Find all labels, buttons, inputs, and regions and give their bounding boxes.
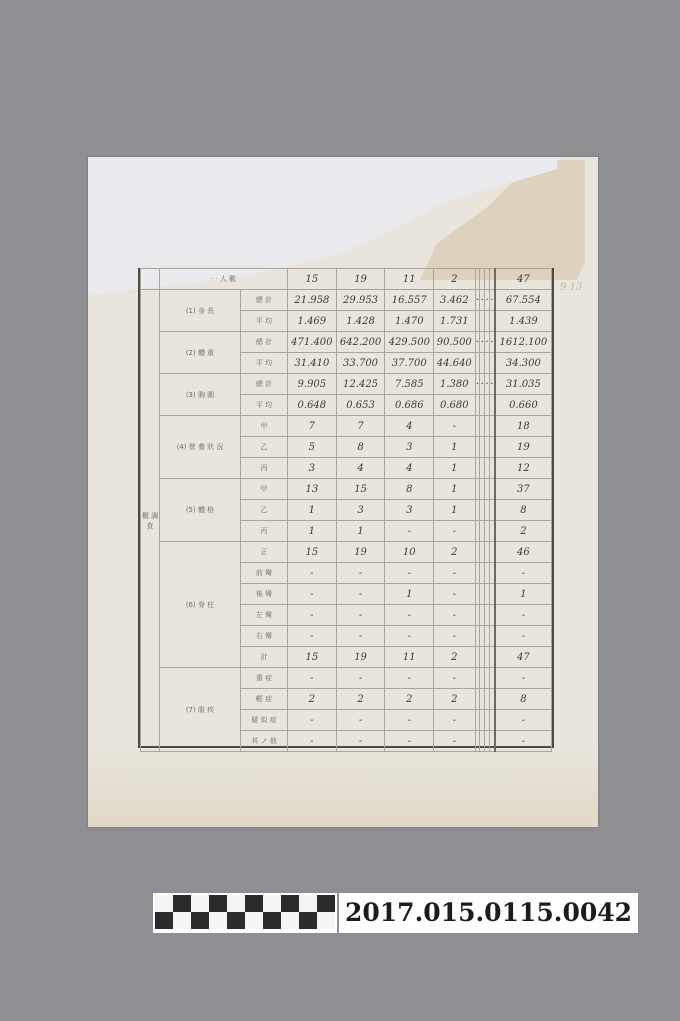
value-cell: 11 bbox=[385, 647, 434, 668]
sub-label: 重 症 bbox=[241, 668, 288, 689]
value-cell: 7.585 bbox=[385, 374, 434, 395]
sub-label: 甲 bbox=[241, 416, 288, 437]
value-cell: - bbox=[336, 605, 385, 626]
table-row: (5) 體 格甲13158137 bbox=[141, 479, 552, 500]
value-cell: 3 bbox=[385, 500, 434, 521]
value-cell: - bbox=[288, 626, 337, 647]
catalog-number: 2017.015.0115.0042 bbox=[339, 893, 638, 933]
section-label: (7) 眼 疾 bbox=[160, 668, 241, 752]
value-cell: - bbox=[385, 605, 434, 626]
value-cell: 19 bbox=[336, 647, 385, 668]
value-cell: 1 bbox=[385, 584, 434, 605]
checker-square bbox=[281, 895, 299, 912]
sub-label: 總 計 bbox=[241, 290, 288, 311]
value-cell: 1 bbox=[336, 521, 385, 542]
sub-label: 丙 bbox=[241, 458, 288, 479]
total-cell: 31.035 bbox=[495, 374, 552, 395]
header-count-cell: 11 bbox=[385, 269, 434, 290]
sub-label: 後 彎 bbox=[241, 584, 288, 605]
header-count-cell: 19 bbox=[336, 269, 385, 290]
table-row: (6) 脊 柱正151910246 bbox=[141, 542, 552, 563]
value-cell: - bbox=[434, 521, 475, 542]
total-cell: 2 bbox=[495, 521, 552, 542]
sub-label: 正 bbox=[241, 542, 288, 563]
sub-label: 總 計 bbox=[241, 374, 288, 395]
value-cell: - bbox=[288, 710, 337, 731]
value-cell: 0.686 bbox=[385, 395, 434, 416]
value-cell: 2 bbox=[434, 542, 475, 563]
section-label: (1) 身 長 bbox=[160, 290, 241, 332]
value-cell: - bbox=[434, 605, 475, 626]
checker-square bbox=[299, 912, 317, 929]
value-cell: 90.500 bbox=[434, 332, 475, 353]
section-label: (5) 體 格 bbox=[160, 479, 241, 542]
total-cell: - bbox=[495, 668, 552, 689]
total-cell: 8 bbox=[495, 689, 552, 710]
value-cell: 31.410 bbox=[288, 353, 337, 374]
checker-square bbox=[245, 912, 263, 929]
value-cell: - bbox=[434, 710, 475, 731]
value-cell: - bbox=[434, 584, 475, 605]
table-row: (2) 體 重總 計471.400642.200429.50090.500···… bbox=[141, 332, 552, 353]
total-cell: - bbox=[495, 626, 552, 647]
value-cell: 471.400 bbox=[288, 332, 337, 353]
value-cell: 1 bbox=[434, 479, 475, 500]
value-cell: - bbox=[385, 563, 434, 584]
header-label: · · 人 數 bbox=[160, 269, 288, 290]
value-cell: - bbox=[336, 668, 385, 689]
value-cell: - bbox=[336, 710, 385, 731]
total-cell: 34.300 bbox=[495, 353, 552, 374]
value-cell: 0.648 bbox=[288, 395, 337, 416]
checker-square bbox=[263, 895, 281, 912]
value-cell: 429.500 bbox=[385, 332, 434, 353]
value-cell: 16.557 bbox=[385, 290, 434, 311]
value-cell: 15 bbox=[288, 647, 337, 668]
sub-label: 其 ノ 他 bbox=[241, 731, 288, 752]
value-cell: 5 bbox=[288, 437, 337, 458]
value-cell: - bbox=[434, 563, 475, 584]
value-cell: - bbox=[288, 605, 337, 626]
total-cell: 1.439 bbox=[495, 311, 552, 332]
value-cell: 44.640 bbox=[434, 353, 475, 374]
checker-square bbox=[245, 895, 263, 912]
value-cell: 1.731 bbox=[434, 311, 475, 332]
value-cell: 2 bbox=[385, 689, 434, 710]
checker-square bbox=[191, 912, 209, 929]
checker-square bbox=[299, 895, 317, 912]
value-cell: 33.700 bbox=[336, 353, 385, 374]
checker-square bbox=[155, 912, 173, 929]
total-cell: 1612.100 bbox=[495, 332, 552, 353]
measurement-table: · · 人 數151911247概 調 査(1) 身 長總 計21.95829.… bbox=[140, 268, 552, 752]
value-cell: 1.380 bbox=[434, 374, 475, 395]
value-cell: - bbox=[434, 731, 475, 752]
value-cell: - bbox=[288, 731, 337, 752]
table-row: 概 調 査(1) 身 長總 計21.95829.95316.5573.462··… bbox=[141, 290, 552, 311]
sub-label: 輕 症 bbox=[241, 689, 288, 710]
value-cell: - bbox=[385, 710, 434, 731]
section-label: (6) 脊 柱 bbox=[160, 542, 241, 668]
checker-square bbox=[227, 912, 245, 929]
value-cell: 0.653 bbox=[336, 395, 385, 416]
value-cell: - bbox=[385, 731, 434, 752]
value-cell: - bbox=[385, 668, 434, 689]
sub-label: 疑 似 症 bbox=[241, 710, 288, 731]
value-cell: 4 bbox=[385, 458, 434, 479]
value-cell: - bbox=[288, 584, 337, 605]
checker-square bbox=[173, 912, 191, 929]
value-cell: - bbox=[288, 563, 337, 584]
checker-square bbox=[227, 895, 245, 912]
total-cell: - bbox=[495, 563, 552, 584]
sub-label: 計 bbox=[241, 647, 288, 668]
section-label: (2) 體 重 bbox=[160, 332, 241, 374]
value-cell: 29.953 bbox=[336, 290, 385, 311]
value-cell: - bbox=[434, 668, 475, 689]
sub-label: 右 彎 bbox=[241, 626, 288, 647]
sub-label: 總 計 bbox=[241, 332, 288, 353]
total-cell: 1 bbox=[495, 584, 552, 605]
total-cell: 18 bbox=[495, 416, 552, 437]
catalog-label: 2017.015.0115.0042 bbox=[153, 893, 638, 933]
value-cell: 1.469 bbox=[288, 311, 337, 332]
sub-label: 左 彎 bbox=[241, 605, 288, 626]
value-cell: 1 bbox=[434, 500, 475, 521]
sub-label: 乙 bbox=[241, 437, 288, 458]
value-cell: 7 bbox=[336, 416, 385, 437]
value-cell: - bbox=[336, 731, 385, 752]
table-row: (7) 眼 疾重 症----- bbox=[141, 668, 552, 689]
sub-label: 平 均 bbox=[241, 395, 288, 416]
checker-square bbox=[155, 895, 173, 912]
value-cell: 1.470 bbox=[385, 311, 434, 332]
value-cell: 9.905 bbox=[288, 374, 337, 395]
total-cell: 19 bbox=[495, 437, 552, 458]
checker-square bbox=[263, 912, 281, 929]
value-cell: 0.680 bbox=[434, 395, 475, 416]
value-cell: 12.425 bbox=[336, 374, 385, 395]
value-cell: 3 bbox=[288, 458, 337, 479]
table-row: (3) 胸 圍總 計9.90512.4257.5851.380····31.03… bbox=[141, 374, 552, 395]
value-cell: 2 bbox=[288, 689, 337, 710]
header-total-cell: 47 bbox=[495, 269, 552, 290]
value-cell: 1 bbox=[288, 500, 337, 521]
side-label: 概 調 査 bbox=[141, 290, 160, 752]
checker-square bbox=[173, 895, 191, 912]
value-cell: 2 bbox=[434, 689, 475, 710]
value-cell: - bbox=[288, 668, 337, 689]
value-cell: - bbox=[336, 563, 385, 584]
value-cell: 2 bbox=[336, 689, 385, 710]
value-cell: 3.462 bbox=[434, 290, 475, 311]
value-cell: 13 bbox=[288, 479, 337, 500]
value-cell: 8 bbox=[336, 437, 385, 458]
value-cell: 642.200 bbox=[336, 332, 385, 353]
value-cell: - bbox=[385, 521, 434, 542]
total-cell: 47 bbox=[495, 647, 552, 668]
value-cell: 1 bbox=[434, 437, 475, 458]
value-cell: 3 bbox=[385, 437, 434, 458]
total-cell: 46 bbox=[495, 542, 552, 563]
value-cell: 4 bbox=[385, 416, 434, 437]
total-cell: 0.660 bbox=[495, 395, 552, 416]
checker-square bbox=[209, 912, 227, 929]
side-label-cell bbox=[141, 269, 160, 290]
sub-label: 平 均 bbox=[241, 353, 288, 374]
value-cell: 4 bbox=[336, 458, 385, 479]
value-cell: 7 bbox=[288, 416, 337, 437]
checker-square bbox=[191, 895, 209, 912]
total-cell: 12 bbox=[495, 458, 552, 479]
total-cell: 37 bbox=[495, 479, 552, 500]
total-cell: 67.554 bbox=[495, 290, 552, 311]
checker-square bbox=[317, 895, 335, 912]
value-cell: - bbox=[434, 416, 475, 437]
table-header-row: · · 人 數151911247 bbox=[141, 269, 552, 290]
value-cell: - bbox=[385, 626, 434, 647]
sub-label: 甲 bbox=[241, 479, 288, 500]
total-cell: - bbox=[495, 731, 552, 752]
value-cell: 37.700 bbox=[385, 353, 434, 374]
table-row: (4) 營 養 狀 況甲774-18 bbox=[141, 416, 552, 437]
data-table: · · 人 數151911247概 調 査(1) 身 長總 計21.95829.… bbox=[138, 268, 554, 748]
header-count-cell: 2 bbox=[434, 269, 475, 290]
value-cell: 1.428 bbox=[336, 311, 385, 332]
value-cell: 15 bbox=[288, 542, 337, 563]
value-cell: 8 bbox=[385, 479, 434, 500]
sub-label: 丙 bbox=[241, 521, 288, 542]
value-cell: 19 bbox=[336, 542, 385, 563]
sub-label: 乙 bbox=[241, 500, 288, 521]
value-cell: - bbox=[434, 626, 475, 647]
total-cell: 8 bbox=[495, 500, 552, 521]
header-count-cell: 15 bbox=[288, 269, 337, 290]
sub-label: 平 均 bbox=[241, 311, 288, 332]
color-scale-checker bbox=[153, 893, 337, 933]
value-cell: 1 bbox=[288, 521, 337, 542]
value-cell: 15 bbox=[336, 479, 385, 500]
value-cell: 21.958 bbox=[288, 290, 337, 311]
value-cell: 10 bbox=[385, 542, 434, 563]
value-cell: - bbox=[336, 626, 385, 647]
value-cell: 1 bbox=[434, 458, 475, 479]
value-cell: 2 bbox=[434, 647, 475, 668]
checker-square bbox=[281, 912, 299, 929]
checker-square bbox=[209, 895, 227, 912]
section-label: (4) 營 養 狀 況 bbox=[160, 416, 241, 479]
section-label: (3) 胸 圍 bbox=[160, 374, 241, 416]
checker-square bbox=[317, 912, 335, 929]
value-cell: 3 bbox=[336, 500, 385, 521]
total-cell: - bbox=[495, 710, 552, 731]
paper-stain bbox=[88, 747, 598, 827]
total-cell: - bbox=[495, 605, 552, 626]
value-cell: - bbox=[336, 584, 385, 605]
side-note: 9.13 bbox=[560, 282, 582, 293]
sub-label: 前 彎 bbox=[241, 563, 288, 584]
